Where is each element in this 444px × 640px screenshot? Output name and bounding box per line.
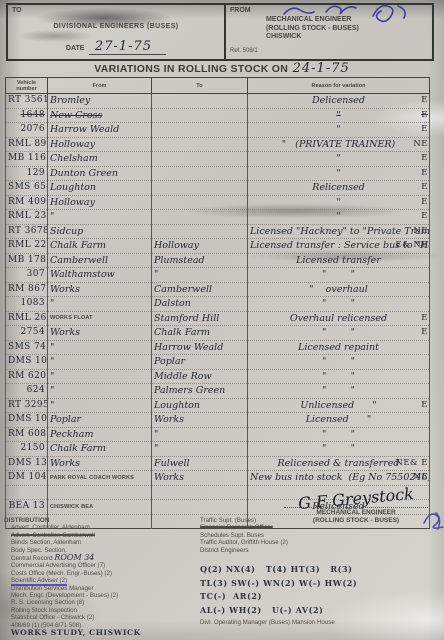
status-code: NE& E xyxy=(395,457,428,470)
form-header-box: TO DIVISIONAL ENGINEERS (BUSES) DATE 27-… xyxy=(6,3,434,61)
table-row: 624"Palmers Green" " xyxy=(6,384,430,399)
list-item: Rolling Stock Inspection xyxy=(11,607,196,614)
reason-cell: " " xyxy=(248,355,430,370)
from-cell: " xyxy=(48,384,152,399)
from-cell: Works xyxy=(48,326,152,341)
table-row: 1083"Dalston" " xyxy=(6,297,430,312)
from-cell: Works xyxy=(48,282,152,297)
list-item: Advert. Controller, Aldenham xyxy=(11,524,196,531)
list-item: Scientific Adviser (2) xyxy=(11,577,196,584)
from-cell: Harrow Weald xyxy=(48,123,152,138)
garage-code-line: TL(3) SW(-) WN(2) W(-) HW(2) xyxy=(200,577,370,591)
to-cell: " xyxy=(152,427,248,442)
vehicle-number-cell: SMS 654 xyxy=(6,181,48,196)
to-cell: Stamford Hill xyxy=(152,311,248,326)
to-section: TO DIVISIONAL ENGINEERS (BUSES) DATE 27-… xyxy=(8,5,226,59)
table-row: 1648New Cross"E xyxy=(6,108,430,123)
table-row: 2076Harrow Weald"E xyxy=(6,123,430,138)
from-cell: Works xyxy=(48,456,152,471)
scanned-form-page: TO DIVISIONAL ENGINEERS (BUSES) DATE 27-… xyxy=(0,0,444,640)
to-cell: " xyxy=(152,442,248,457)
reason-cell: " " xyxy=(248,427,430,442)
table-row: MB 178CamberwellPlumsteadLicensed transf… xyxy=(6,253,430,268)
reason-cell: "E xyxy=(248,108,430,123)
distribution-middle: Traffic Supt. (Buses)Financial Research … xyxy=(200,517,370,626)
vehicle-number-cell: RM 409 xyxy=(6,195,48,210)
list-item: Distribution Services Manager xyxy=(11,585,196,592)
table-row: DMS 1372WorksFulwellRelicensed & transfe… xyxy=(6,456,430,471)
to-cell xyxy=(152,137,248,152)
vehicle-number-cell: SMS 741 xyxy=(6,340,48,355)
list-item: District Engineers xyxy=(200,547,370,554)
reason-cell: New bus into stock (Eg No 7550246)NE xyxy=(248,471,430,486)
list-item: Blinds Section, Aldenham xyxy=(11,539,196,546)
to-cell: Works xyxy=(152,413,248,428)
vehicle-number-cell: 1648 xyxy=(6,108,48,123)
list-item: Traffic Supt. (Buses) xyxy=(200,517,370,524)
from-cell: " xyxy=(48,355,152,370)
status-code: E xyxy=(421,196,428,209)
sender-line: (ROLLING STOCK - BUSES) xyxy=(266,25,428,34)
from-cell: New Cross xyxy=(48,108,152,123)
to-cell: Fulwell xyxy=(152,456,248,471)
status-code: E xyxy=(421,167,428,180)
title-date: 24-1-75 xyxy=(293,61,350,76)
to-cell: " xyxy=(152,268,248,283)
table-row: RM 620"Middle Row" " xyxy=(6,369,430,384)
vehicle-number-cell xyxy=(6,485,48,500)
list-item: Traffic Auditor, Griffith House (2) xyxy=(200,539,370,546)
table-row: 129Dunton Green"E xyxy=(6,166,430,181)
from-cell: Camberwell xyxy=(48,253,152,268)
distribution-col1: Advert. Controller, AldenhamAdvert. Cont… xyxy=(4,524,196,636)
reason-cell: Licensed transfer xyxy=(248,253,430,268)
table-row: SMS 741"Harrow WealdLicensed repaint xyxy=(6,340,430,355)
status-code: E xyxy=(421,210,428,223)
vehicle-number-cell: RT 3295 xyxy=(6,398,48,413)
to-cell: Poplar xyxy=(152,355,248,370)
from-cell: Dunton Green xyxy=(48,166,152,181)
title-text: VARIATIONS IN ROLLING STOCK ON xyxy=(94,63,288,75)
reason-cell: " overhaul xyxy=(248,282,430,297)
handwritten-note: ROOM 34 xyxy=(54,553,94,562)
vehicle-number-cell: BEA 13 xyxy=(6,500,48,515)
column-header: To xyxy=(152,78,248,94)
from-cell: " xyxy=(48,398,152,413)
list-item: Financial Research Officer xyxy=(200,524,370,531)
garage-code-line: Q(2) NX(4) T(4) HT(3) R(3) xyxy=(200,563,370,577)
from-cell: Chelsham xyxy=(48,152,152,167)
vehicle-number-cell: 2754 xyxy=(6,326,48,341)
vehicle-number-cell: RML 2305 xyxy=(6,210,48,225)
sender-line: CHISWICK xyxy=(266,33,428,42)
list-item: Mech. Engr. (Development - Buses) (2) xyxy=(11,592,196,599)
vehicle-number-cell: RM 867 xyxy=(6,282,48,297)
distribution-list: DISTRIBUTION Advert. Controller, Aldenha… xyxy=(4,517,196,637)
vehicle-number-cell: 624 xyxy=(6,384,48,399)
table-row: DM 1043PARK ROYAL COACH WORKSWorksNew bu… xyxy=(6,471,430,486)
table-row: RML 899Holloway" (PRIVATE TRAINER)NE xyxy=(6,137,430,152)
reason-cell: Licensed repaint xyxy=(248,340,430,355)
from-cell: " xyxy=(48,210,152,225)
to-cell xyxy=(152,108,248,123)
from-cell: Chalk Farm xyxy=(48,239,152,254)
garage-code-line: AL(-) WH(2) U(-) AV(2) xyxy=(200,604,370,618)
status-code: E xyxy=(421,94,428,107)
table-row: RT 3561BromleyDelicensedE xyxy=(6,94,430,109)
vehicle-number-cell: DMS 101 xyxy=(6,355,48,370)
to-cell xyxy=(152,500,248,515)
vehicle-number-cell: 1083 xyxy=(6,297,48,312)
list-item: WORKS STUDY, CHISWICK xyxy=(11,629,196,636)
vehicle-number-cell: 2076 xyxy=(6,123,48,138)
vehicle-number-cell: MB 178 xyxy=(6,253,48,268)
reason-cell: RelicensedE xyxy=(248,181,430,196)
table-row: RML 2305""E xyxy=(6,210,430,225)
vehicle-number-cell: 129 xyxy=(6,166,48,181)
reason-cell: " "E xyxy=(248,326,430,341)
from-cell: " xyxy=(48,297,152,312)
date-row: DATE 27-1-75 xyxy=(8,37,224,55)
from-cell: Holloway xyxy=(48,195,152,210)
table-row: DMS 101"Poplar" " xyxy=(6,355,430,370)
reason-cell: Licensed " xyxy=(248,413,430,428)
reason-cell: Overhaul relicensedE xyxy=(248,311,430,326)
from-cell: Holloway xyxy=(48,137,152,152)
to-cell: Works xyxy=(152,471,248,486)
to-cell xyxy=(152,210,248,225)
to-cell xyxy=(152,224,248,239)
from-cell: Walthamstow xyxy=(48,268,152,283)
to-cell: Plumstead xyxy=(152,253,248,268)
distribution-heading: DISTRIBUTION xyxy=(4,517,196,524)
variations-table-body: RT 3561BromleyDelicensedE1648New Cross"E… xyxy=(6,94,430,529)
from-cell: Chalk Farm xyxy=(48,442,152,457)
from-cell: " xyxy=(48,340,152,355)
table-row: 2150Chalk Farm"" " xyxy=(6,442,430,457)
list-item: Schedules Supt. Buses xyxy=(200,532,370,539)
vehicle-number-cell: RT 3678 xyxy=(6,224,48,239)
table-row: RM 608Peckham"" " xyxy=(6,427,430,442)
from-cell xyxy=(48,485,152,500)
list-item: Body Spec. Section, xyxy=(11,547,196,554)
variations-table: Vehicle numberFromToReason for variation… xyxy=(5,77,430,529)
vehicle-number-cell: 307 xyxy=(6,268,48,283)
from-cell: Peckham xyxy=(48,427,152,442)
to-cell: Holloway xyxy=(152,239,248,254)
status-code: E xyxy=(421,181,428,194)
table-row: 2754WorksChalk Farm" "E xyxy=(6,326,430,341)
to-cell xyxy=(152,485,248,500)
table-header-row: Vehicle numberFromToReason for variation xyxy=(6,78,430,94)
table-row: SMS 654LoughtonRelicensedE xyxy=(6,181,430,196)
list-item: R. S. Licensing Section (8) xyxy=(11,599,196,606)
date-label: DATE xyxy=(66,45,85,52)
to-cell xyxy=(152,195,248,210)
vehicle-number-cell: RML 899 xyxy=(6,137,48,152)
from-section: FROM MECHANICAL ENGINEER (ROLLING STOCK … xyxy=(226,5,432,59)
table-row: RML 2695WORKS FLOATStamford HillOverhaul… xyxy=(6,311,430,326)
status-code: E xyxy=(421,326,428,339)
list-item: Advert. Controller, Camberwell xyxy=(11,532,196,539)
column-header: Reason for variation xyxy=(248,78,430,94)
reason-cell: "E xyxy=(248,210,430,225)
vehicle-number-cell: RML 2695 xyxy=(6,311,48,326)
reason-cell: "E xyxy=(248,195,430,210)
vehicle-number-cell: DM 1043 xyxy=(6,471,48,486)
status-code: E xyxy=(421,399,428,412)
to-cell xyxy=(152,94,248,109)
vehicle-number-cell: RM 620 xyxy=(6,369,48,384)
to-cell: Middle Row xyxy=(152,369,248,384)
garage-code-line: TC(-) AR(2) xyxy=(200,590,370,604)
status-code: E xyxy=(421,312,428,325)
to-cell: Loughton xyxy=(152,398,248,413)
from-cell: Loughton xyxy=(48,181,152,196)
to-cell: Chalk Farm xyxy=(152,326,248,341)
list-item: Statistical Office - Chiswick (2) xyxy=(11,614,196,621)
reason-cell: " " xyxy=(248,268,430,283)
to-cell: Harrow Weald xyxy=(152,340,248,355)
table-row: DMS 103PoplarWorksLicensed " xyxy=(6,413,430,428)
ink-scribble xyxy=(278,2,428,24)
status-code: E xyxy=(421,152,428,165)
addressee-line: DIVISIONAL ENGINEERS (BUSES) xyxy=(8,23,224,30)
table-row: RM 409Holloway"E xyxy=(6,195,430,210)
list-item: Commercial Advertising Officer (7) xyxy=(11,562,196,569)
table-row: RM 867WorksCamberwell" overhaul xyxy=(6,282,430,297)
to-cell xyxy=(152,123,248,138)
list-item: Central Record ROOM 34 xyxy=(11,554,196,562)
reason-cell: Relicensed & transferredNE& E xyxy=(248,456,430,471)
reason-cell: " (PRIVATE TRAINER)NE xyxy=(248,137,430,152)
list-item: Costs Office (Mech. Engr.-Buses) (2) xyxy=(11,570,196,577)
reason-cell: Unlicensed "E xyxy=(248,398,430,413)
vehicle-number-cell: 2150 xyxy=(6,442,48,457)
vehicle-number-cell: RML 2285 xyxy=(6,239,48,254)
table-row: MB 116Chelsham"E xyxy=(6,152,430,167)
reason-cell: Licensed "Hackney" to "Private Trainer"N… xyxy=(248,224,430,239)
status-code: E& NE xyxy=(395,239,428,252)
from-cell: Sidcup xyxy=(48,224,152,239)
vehicle-number-cell: MB 116 xyxy=(6,152,48,167)
to-cell xyxy=(152,152,248,167)
status-code: E xyxy=(421,109,428,122)
table-row: RML 2285Chalk FarmHollowayLicensed trans… xyxy=(6,239,430,254)
reason-cell: Licensed transfer : Service bus to "Hack… xyxy=(248,239,430,254)
reason-cell: "E xyxy=(248,152,430,167)
to-cell xyxy=(152,166,248,181)
form-title: VARIATIONS IN ROLLING STOCK ON 24-1-75 xyxy=(0,59,444,77)
from-cell: " xyxy=(48,369,152,384)
date-value: 27-1-75 xyxy=(89,39,166,55)
column-header: From xyxy=(48,78,152,94)
reason-cell: "E xyxy=(248,166,430,181)
to-cell xyxy=(152,181,248,196)
reason-cell: DelicensedE xyxy=(248,94,430,109)
status-code: NE xyxy=(413,225,428,238)
vehicle-number-cell: RT 3561 xyxy=(6,94,48,109)
ink-monogram xyxy=(420,507,444,533)
from-cell: Bromley xyxy=(48,94,152,109)
status-code: E xyxy=(421,123,428,136)
garage-codes: Q(2) NX(4) T(4) HT(3) R(3)TL(3) SW(-) WN… xyxy=(200,563,370,617)
reason-cell: " " xyxy=(248,297,430,312)
from-label: FROM xyxy=(230,7,251,14)
vehicle-number-cell: DMS 103 xyxy=(6,413,48,428)
reason-cell: " " xyxy=(248,369,430,384)
status-code: NE xyxy=(413,138,428,151)
vehicle-number-cell: RM 608 xyxy=(6,427,48,442)
from-cell: PARK ROYAL COACH WORKS xyxy=(48,471,152,486)
reference-number: Ref. 508/1 xyxy=(230,48,258,54)
from-cell: Poplar xyxy=(48,413,152,428)
reason-cell: "E xyxy=(248,123,430,138)
to-cell: Camberwell xyxy=(152,282,248,297)
from-cell: CHISWICK BEA xyxy=(48,500,152,515)
table-row: 307Walthamstow"" " xyxy=(6,268,430,283)
from-cell: WORKS FLOAT xyxy=(48,311,152,326)
reason-cell: " " xyxy=(248,442,430,457)
to-cell: Dalston xyxy=(152,297,248,312)
table-row: RT 3678SidcupLicensed "Hackney" to "Priv… xyxy=(6,224,430,239)
vehicle-number-cell: DMS 1372 xyxy=(6,456,48,471)
distribution-col2: Traffic Supt. (Buses)Financial Research … xyxy=(200,517,370,554)
to-cell: Palmers Green xyxy=(152,384,248,399)
reason-cell: " " xyxy=(248,384,430,399)
table-row: RT 3295"LoughtonUnlicensed "E xyxy=(6,398,430,413)
distribution-footer: Divl. Operating Manager (Buses) Mansion … xyxy=(200,619,370,626)
to-label: TO xyxy=(12,7,22,14)
column-header: Vehicle number xyxy=(6,78,48,94)
